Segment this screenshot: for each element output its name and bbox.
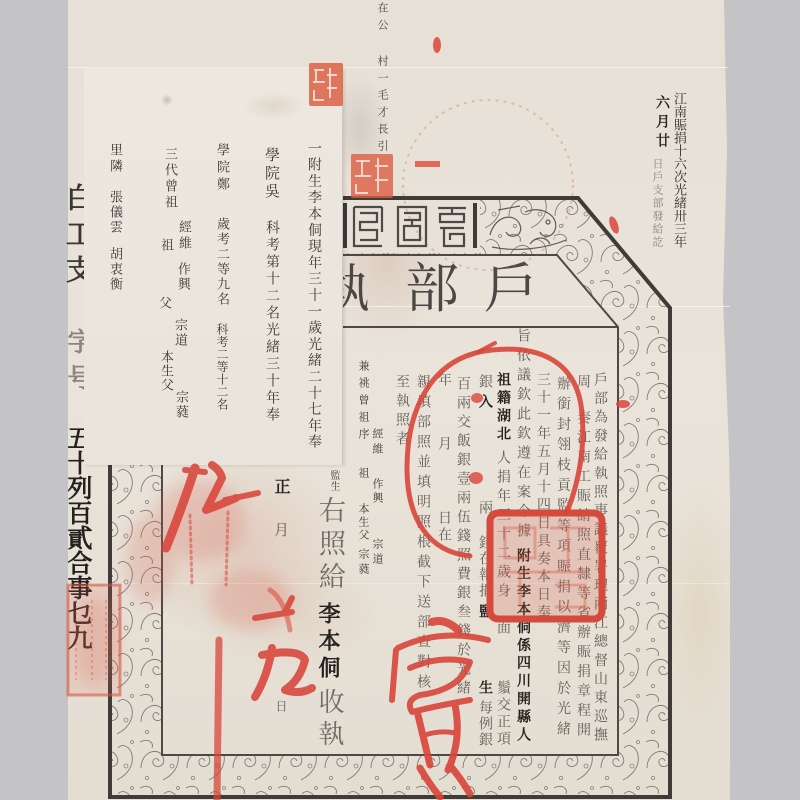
ancestor-great-grandfather-label: 兼祧曾祖序	[358, 360, 369, 445]
slip-grandfather-label: 祖	[159, 238, 172, 251]
right-note-date: 六月廿	[655, 95, 669, 152]
grant-text: 右照給	[316, 496, 343, 595]
slip-guarantor-2: 胡衷衡	[108, 247, 121, 292]
date-day-label: 日	[275, 700, 287, 712]
slip-birth-father-name: 宗蕤	[174, 390, 187, 420]
body-column-9-year: 年	[437, 372, 451, 386]
slip-column-3-head: 學院鄭	[215, 143, 228, 194]
body-column-6-printed: 人捐年三十二歲身	[496, 450, 510, 602]
body-column-3: 辦銜封翎枝貢監等項賑捐以濟等因於光緒	[556, 376, 570, 741]
ancestor-birth-father-name: 宗蕤	[358, 548, 369, 578]
body-column-5-filled: 附生李本侗係四川開縣人	[516, 548, 530, 745]
pasted-record-slip: 一附生李本侗現年三十一歲光緒二十七年奉 學院吳 科考第十二名光緒三十年奉 學院鄭…	[84, 68, 343, 465]
slip-father-name: 宗道	[173, 318, 186, 348]
body-column-6-filled: 祖籍湖北	[496, 372, 510, 444]
body-column-9-month: 月	[437, 436, 451, 450]
body-column-4: 三十一年五月十四日具奏本日奉	[536, 372, 550, 623]
body-column-2: 奏江南工賑請照直隸等省辦賑捐章程開	[576, 410, 590, 742]
title-char-bu: 部	[405, 262, 459, 316]
slip-column-2-body: 科考第十二名光緒三十年奉	[265, 220, 279, 424]
body-column-7-jian: 監	[478, 604, 492, 618]
ancestor-grandfather-label: 祖	[358, 467, 369, 478]
slip-birth-father-label: 本生父	[159, 350, 172, 392]
date-month-prefix: 正	[273, 478, 289, 494]
right-note-main: 江南賑捐十六次光緒卅三年	[672, 92, 685, 248]
body-column-7-amount: 入	[478, 394, 492, 408]
body-column-10: 親填部照並填明照根截下送部查對核	[416, 374, 430, 694]
body-column-11: 至執照者	[395, 374, 409, 450]
top-margin-note: 在公 村一毛才長引	[377, 2, 388, 157]
holder-name: 李本侗	[317, 602, 339, 683]
right-note-small: 日戶支部發給訖	[652, 158, 663, 249]
holder-rank: 監生	[328, 470, 338, 492]
body-column-7-tail: 每例銀	[478, 700, 492, 748]
body-column-7-sheng: 生	[478, 680, 492, 694]
slip-guarantor-1: 張儀雲	[108, 190, 121, 235]
body-column-1: 戶部為發給執照事議覆署理兩江總督山東巡撫	[593, 372, 607, 746]
body-column-6-tail: 鬚交正項	[496, 680, 510, 748]
slip-column-1: 一附生李本侗現年三十一歲光緒二十七年奉	[307, 141, 321, 451]
slip-column-3-exam-2: 科考二等十二名	[216, 323, 228, 411]
slip-guarantor-label: 里隣	[108, 143, 121, 175]
slip-ancestors-label: 三代曾祖	[163, 147, 176, 211]
ancestor-great-grandfather-name: 經維	[372, 428, 383, 458]
slip-grandfather-name: 作興	[176, 262, 189, 292]
body-column-2-name: 周	[576, 374, 590, 388]
body-column-7-silver: 銀	[478, 374, 492, 388]
ancestor-father-name: 宗道	[372, 538, 383, 568]
body-column-9-day: 日在	[437, 510, 451, 544]
body-column-5-printed: 旨依議欽此欽遵在案今據	[516, 328, 530, 543]
slip-column-2-head: 學院吳	[264, 147, 279, 201]
ancestor-birth-father-label: 本生父	[358, 503, 369, 542]
slip-great-grandfather-name: 經維	[177, 220, 190, 252]
body-column-6-face: 面	[496, 620, 510, 634]
body-column-8: 百兩交飯銀壹兩伍錢照費銀叁錢於光緒	[456, 376, 470, 699]
slip-father-label: 父	[157, 296, 170, 309]
date-month-label: 月	[273, 522, 288, 537]
title-char-hu: 戶	[484, 262, 538, 316]
slip-column-3-exam-1: 歲考二等九名	[215, 217, 228, 307]
body-column-7-liang: 兩	[478, 500, 492, 514]
receipt-text: 收執	[316, 688, 342, 752]
body-column-7-printed: 錢在報捐	[478, 535, 492, 599]
ancestor-grandfather-name: 作興	[372, 478, 383, 506]
